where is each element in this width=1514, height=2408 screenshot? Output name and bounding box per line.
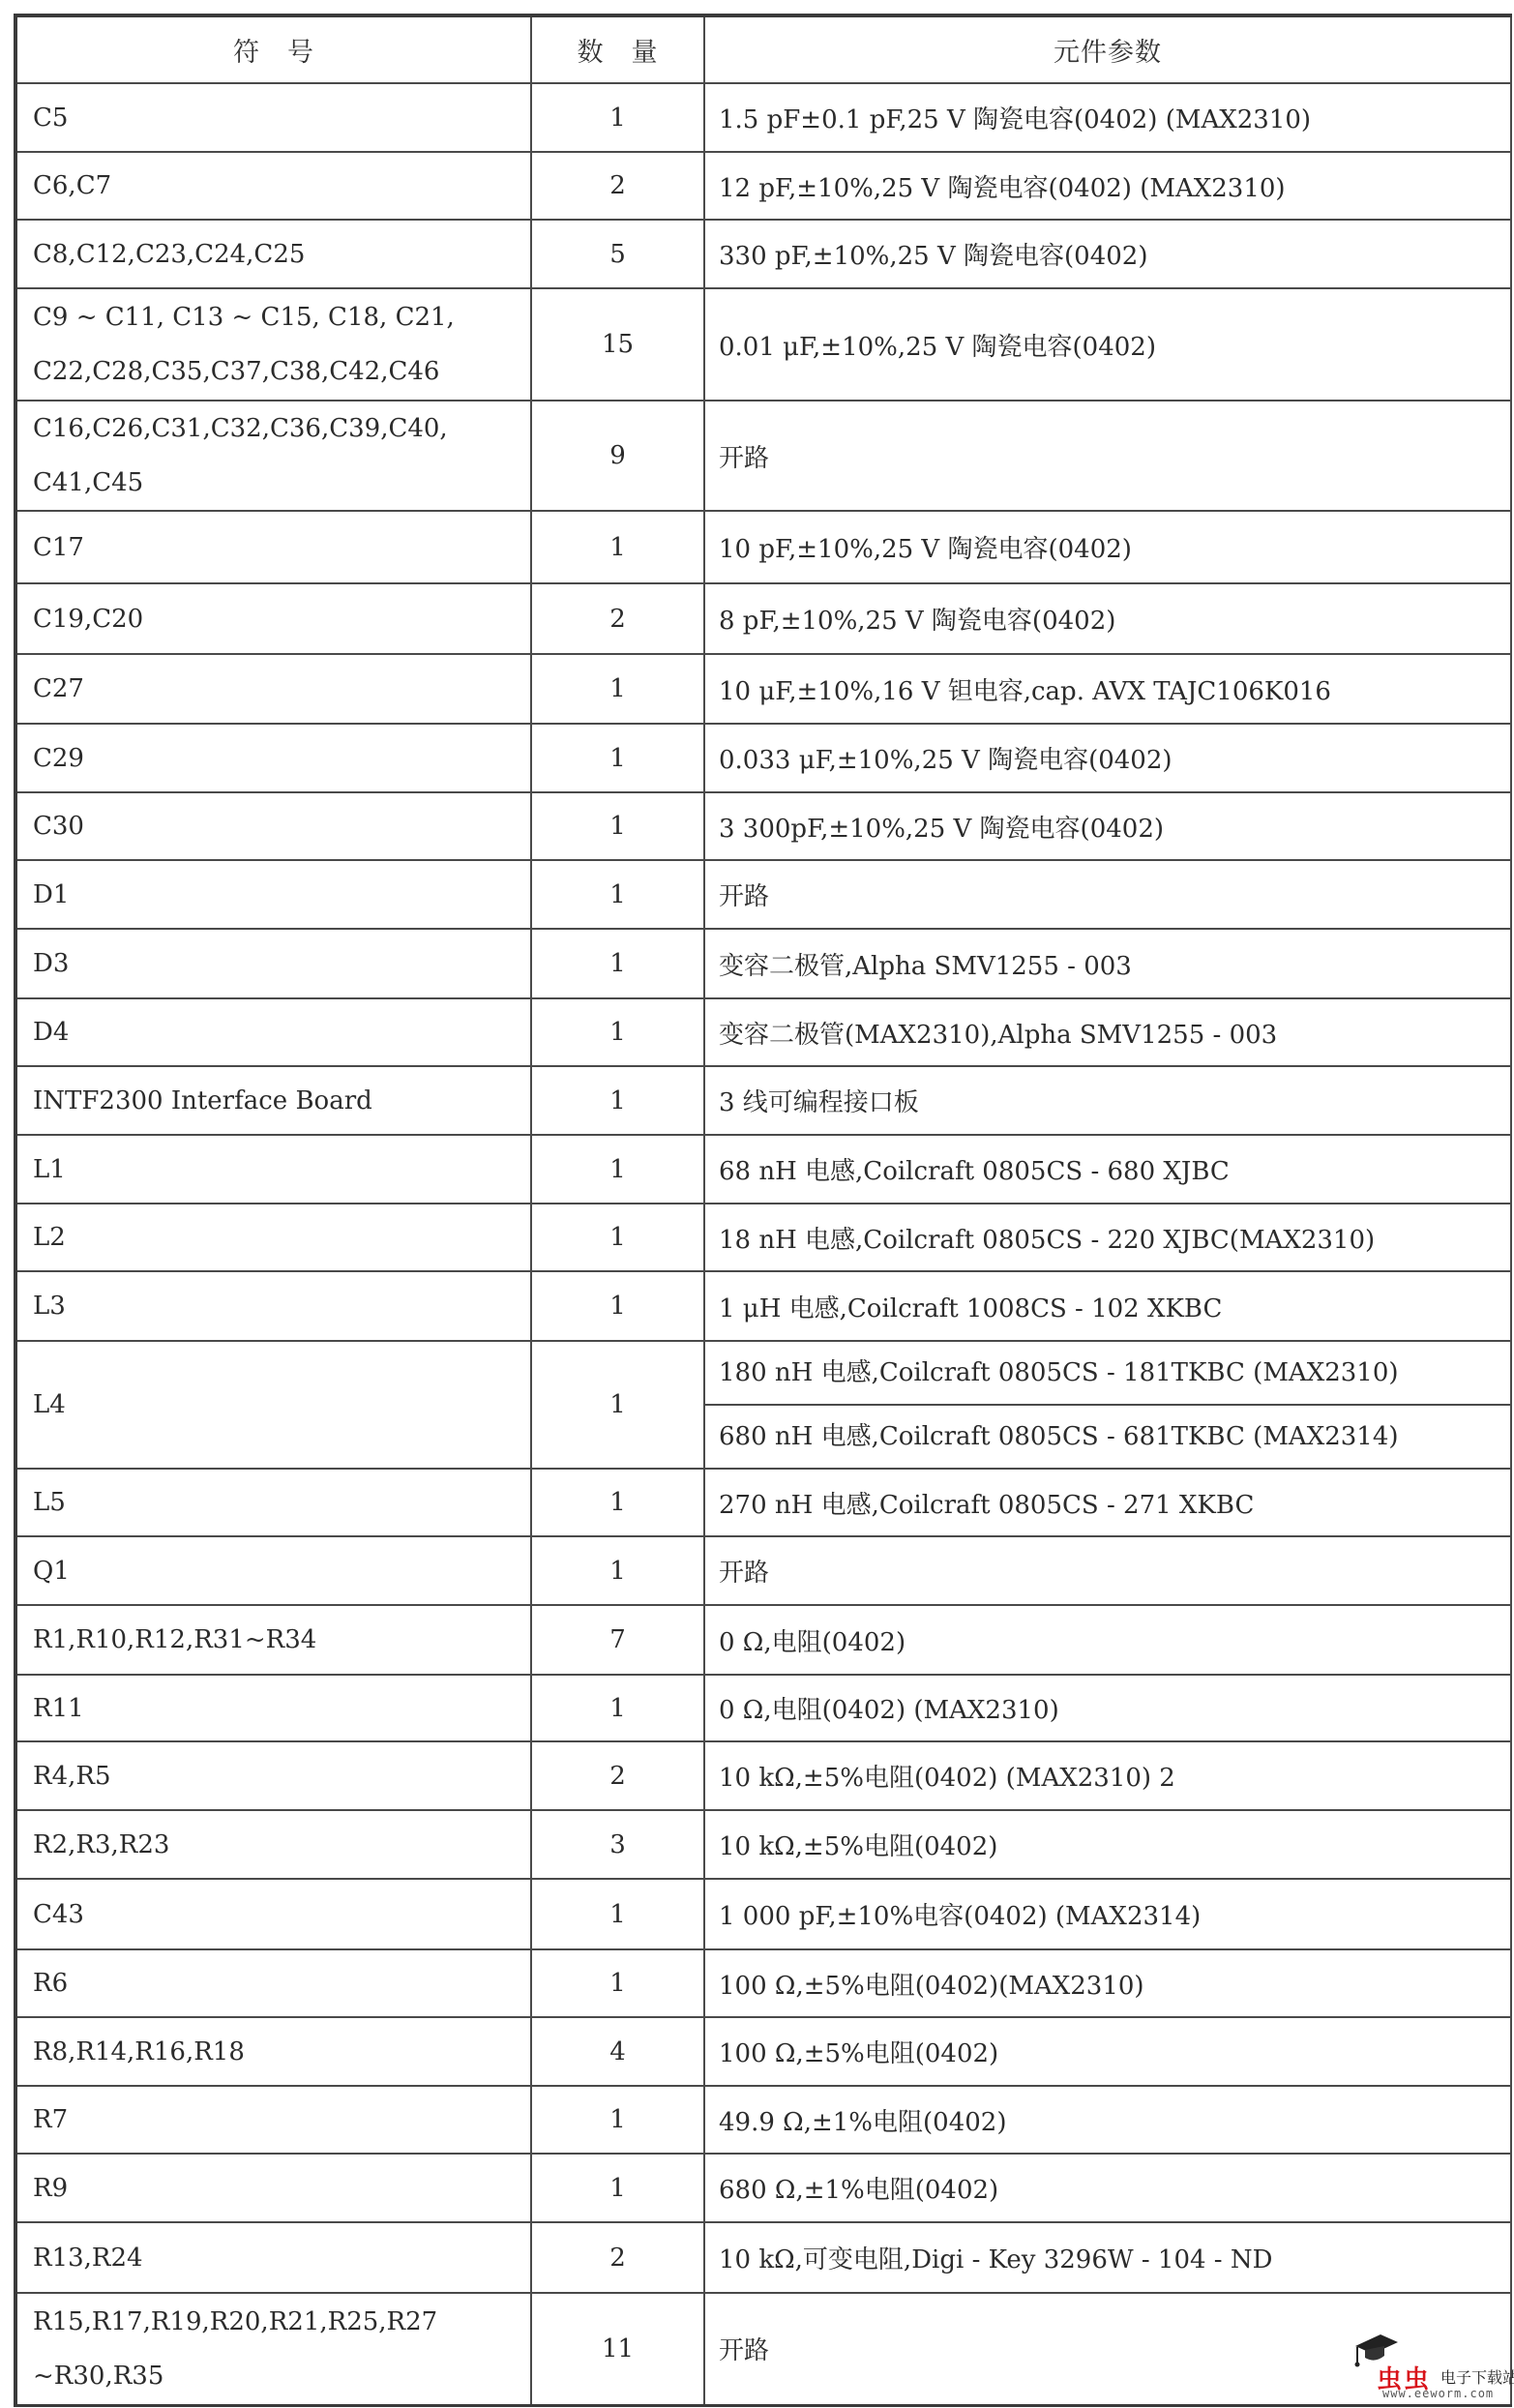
symbol-line: D1 — [33, 868, 530, 922]
cell-quantity: 1 — [531, 1204, 704, 1271]
cell-symbol: R2,R3,R23 — [15, 1810, 531, 1879]
cell-quantity: 1 — [531, 724, 704, 792]
cell-parameters: 开路 — [704, 860, 1511, 929]
table-body: C511.5 pF±0.1 pF,25 V 陶瓷电容(0402) (MAX231… — [15, 83, 1511, 2405]
cell-symbol: C43 — [15, 1879, 531, 1949]
table-row: R7149.9 Ω,±1%电阻(0402) — [15, 2086, 1511, 2154]
symbol-line: D3 — [33, 936, 530, 991]
cell-parameters: 10 kΩ,±5%电阻(0402) (MAX2310) 2 — [704, 1741, 1511, 1810]
table-row: C2910.033 μF,±10%,25 V 陶瓷电容(0402) — [15, 724, 1511, 792]
cell-parameters: 10 pF,±10%,25 V 陶瓷电容(0402) — [704, 511, 1511, 583]
cell-parameters: 0 Ω,电阻(0402) (MAX2310) — [704, 1675, 1511, 1741]
cell-quantity: 1 — [531, 83, 704, 152]
watermark: 虫虫 电子下载站 www.eeworm.com — [1344, 2333, 1508, 2400]
symbol-line: L5 — [33, 1475, 530, 1530]
cell-quantity: 1 — [531, 2154, 704, 2222]
cell-symbol: D3 — [15, 929, 531, 998]
cell-parameters: 330 pF,±10%,25 V 陶瓷电容(0402) — [704, 220, 1511, 288]
table-row: R2,R3,R23310 kΩ,±5%电阻(0402) — [15, 1810, 1511, 1879]
symbol-line: C9 ~ C11, C13 ~ C15, C18, C21, — [33, 290, 530, 344]
cell-symbol: C5 — [15, 83, 531, 152]
symbol-line: ~R30,R35 — [33, 2349, 530, 2403]
symbol-line: C6,C7 — [33, 159, 530, 213]
symbol-line: C29 — [33, 731, 530, 786]
cell-symbol: L3 — [15, 1271, 531, 1341]
symbol-line: C8,C12,C23,C24,C25 — [33, 227, 530, 282]
cell-quantity: 2 — [531, 583, 704, 654]
cell-parameters: 0.01 μF,±10%,25 V 陶瓷电容(0402) — [704, 288, 1511, 401]
cell-quantity: 1 — [531, 860, 704, 929]
symbol-line: R13,R24 — [33, 2231, 530, 2285]
cell-quantity: 1 — [531, 1675, 704, 1741]
cell-symbol: R1,R10,R12,R31~R34 — [15, 1605, 531, 1675]
cell-quantity: 1 — [531, 1949, 704, 2017]
cell-symbol: C29 — [15, 724, 531, 792]
table-row: R91680 Ω,±1%电阻(0402) — [15, 2154, 1511, 2222]
cell-symbol: D4 — [15, 998, 531, 1066]
cell-parameters: 100 Ω,±5%电阻(0402)(MAX2310) — [704, 1949, 1511, 2017]
table-header-row: 符 号 数 量 元件参数 — [15, 15, 1511, 83]
parameter-variant: 180 nH 电感,Coilcraft 0805CS - 181TKBC (MA… — [705, 1342, 1510, 1404]
symbol-line: L1 — [33, 1143, 530, 1197]
cell-symbol: C16,C26,C31,C32,C36,C39,C40,C41,C45 — [15, 401, 531, 511]
cell-quantity: 15 — [531, 288, 704, 401]
symbol-line: C43 — [33, 1888, 530, 1942]
cell-symbol: R4,R5 — [15, 1741, 531, 1810]
symbol-line: C19,C20 — [33, 592, 530, 646]
symbol-line: Q1 — [33, 1544, 530, 1598]
watermark-site-name: 电子下载站 — [1440, 2365, 1514, 2388]
table-row: L311 μH 电感,Coilcraft 1008CS - 102 XKBC — [15, 1271, 1511, 1341]
table-row: C27110 μF,±10%,16 V 钽电容,cap. AVX TAJC106… — [15, 654, 1511, 724]
table-row: INTF2300 Interface Board13 线可编程接口板 — [15, 1066, 1511, 1135]
cell-quantity: 1 — [531, 1341, 704, 1469]
cell-parameters: 变容二极管(MAX2310),Alpha SMV1255 - 003 — [704, 998, 1511, 1066]
cell-symbol: L1 — [15, 1135, 531, 1204]
cell-quantity: 1 — [531, 1271, 704, 1341]
table-row: R13,R24210 kΩ,可变电阻,Digi - Key 3296W - 10… — [15, 2222, 1511, 2293]
header-parameters: 元件参数 — [704, 15, 1511, 83]
cell-parameters: 180 nH 电感,Coilcraft 0805CS - 181TKBC (MA… — [704, 1341, 1511, 1469]
symbol-line: C16,C26,C31,C32,C36,C39,C40, — [33, 401, 530, 456]
table-row: D11开路 — [15, 860, 1511, 929]
symbol-line: R15,R17,R19,R20,R21,R25,R27 — [33, 2295, 530, 2349]
symbol-line: R7 — [33, 2093, 530, 2147]
cell-symbol: D1 — [15, 860, 531, 929]
watermark-url: www.eeworm.com — [1382, 2387, 1494, 2400]
cell-symbol: R6 — [15, 1949, 531, 2017]
cell-quantity: 1 — [531, 1066, 704, 1135]
table-row: C16,C26,C31,C32,C36,C39,C40,C41,C459开路 — [15, 401, 1511, 511]
symbol-line: R9 — [33, 2161, 530, 2215]
symbol-line: R1,R10,R12,R31~R34 — [33, 1613, 530, 1667]
cell-parameters: 680 Ω,±1%电阻(0402) — [704, 2154, 1511, 2222]
symbol-line: L3 — [33, 1279, 530, 1333]
cell-parameters: 开路 — [704, 1536, 1511, 1605]
cell-quantity: 9 — [531, 401, 704, 511]
table-row: L2118 nH 电感,Coilcraft 0805CS - 220 XJBC(… — [15, 1204, 1511, 1271]
cell-parameters: 1.5 pF±0.1 pF,25 V 陶瓷电容(0402) (MAX2310) — [704, 83, 1511, 152]
table-row: C6,C7212 pF,±10%,25 V 陶瓷电容(0402) (MAX231… — [15, 152, 1511, 220]
symbol-line: INTF2300 Interface Board — [33, 1074, 530, 1128]
table-row: C511.5 pF±0.1 pF,25 V 陶瓷电容(0402) (MAX231… — [15, 83, 1511, 152]
cell-symbol: R9 — [15, 2154, 531, 2222]
symbol-line: C5 — [33, 91, 530, 145]
cell-parameters: 1 μH 电感,Coilcraft 1008CS - 102 XKBC — [704, 1271, 1511, 1341]
symbol-line: R4,R5 — [33, 1749, 530, 1803]
table-row: L41180 nH 电感,Coilcraft 0805CS - 181TKBC … — [15, 1341, 1511, 1469]
cell-quantity: 1 — [531, 511, 704, 583]
symbol-line: L4 — [33, 1378, 530, 1432]
cell-symbol: C27 — [15, 654, 531, 724]
cell-quantity: 11 — [531, 2293, 704, 2405]
symbol-line: L2 — [33, 1210, 530, 1264]
cell-symbol: L5 — [15, 1469, 531, 1536]
cell-quantity: 1 — [531, 1879, 704, 1949]
cell-parameters: 10 kΩ,±5%电阻(0402) — [704, 1810, 1511, 1879]
symbol-line: R2,R3,R23 — [33, 1818, 530, 1872]
table-row: L51270 nH 电感,Coilcraft 0805CS - 271 XKBC — [15, 1469, 1511, 1536]
cell-quantity: 1 — [531, 929, 704, 998]
bom-table: 符 号 数 量 元件参数 C511.5 pF±0.1 pF,25 V 陶瓷电容(… — [14, 14, 1512, 2407]
cell-quantity: 1 — [531, 1536, 704, 1605]
cell-quantity: 4 — [531, 2017, 704, 2086]
cell-parameters: 变容二极管,Alpha SMV1255 - 003 — [704, 929, 1511, 998]
cell-symbol: C9 ~ C11, C13 ~ C15, C18, C21,C22,C28,C3… — [15, 288, 531, 401]
cell-symbol: INTF2300 Interface Board — [15, 1066, 531, 1135]
cell-symbol: R13,R24 — [15, 2222, 531, 2293]
cell-symbol: C17 — [15, 511, 531, 583]
cell-parameters: 3 线可编程接口板 — [704, 1066, 1511, 1135]
cell-symbol: L2 — [15, 1204, 531, 1271]
table-row: C19,C2028 pF,±10%,25 V 陶瓷电容(0402) — [15, 583, 1511, 654]
cell-symbol: C19,C20 — [15, 583, 531, 654]
table-row: D41变容二极管(MAX2310),Alpha SMV1255 - 003 — [15, 998, 1511, 1066]
table-row: R1110 Ω,电阻(0402) (MAX2310) — [15, 1675, 1511, 1741]
cell-parameters: 68 nH 电感,Coilcraft 0805CS - 680 XJBC — [704, 1135, 1511, 1204]
cell-parameters: 3 300pF,±10%,25 V 陶瓷电容(0402) — [704, 792, 1511, 860]
table-row: C9 ~ C11, C13 ~ C15, C18, C21,C22,C28,C3… — [15, 288, 1511, 401]
header-symbol: 符 号 — [15, 15, 531, 83]
symbol-line: C22,C28,C35,C37,C38,C42,C46 — [33, 344, 530, 399]
cell-quantity: 1 — [531, 2086, 704, 2154]
symbol-line: D4 — [33, 1005, 530, 1059]
table-row: C3013 300pF,±10%,25 V 陶瓷电容(0402) — [15, 792, 1511, 860]
cell-symbol: R8,R14,R16,R18 — [15, 2017, 531, 2086]
cell-parameters: 270 nH 电感,Coilcraft 0805CS - 271 XKBC — [704, 1469, 1511, 1536]
cell-parameters: 0.033 μF,±10%,25 V 陶瓷电容(0402) — [704, 724, 1511, 792]
cell-parameters: 49.9 Ω,±1%电阻(0402) — [704, 2086, 1511, 2154]
cell-symbol: L4 — [15, 1341, 531, 1469]
symbol-line: R6 — [33, 1956, 530, 2010]
cell-quantity: 2 — [531, 1741, 704, 1810]
cell-symbol: C30 — [15, 792, 531, 860]
table-row: L1168 nH 电感,Coilcraft 0805CS - 680 XJBC — [15, 1135, 1511, 1204]
cell-parameters: 1 000 pF,±10%电容(0402) (MAX2314) — [704, 1879, 1511, 1949]
table-row: R61100 Ω,±5%电阻(0402)(MAX2310) — [15, 1949, 1511, 2017]
table-row: R1,R10,R12,R31~R3470 Ω,电阻(0402) — [15, 1605, 1511, 1675]
cell-quantity: 2 — [531, 152, 704, 220]
cell-symbol: C8,C12,C23,C24,C25 — [15, 220, 531, 288]
cell-symbol: Q1 — [15, 1536, 531, 1605]
cell-quantity: 2 — [531, 2222, 704, 2293]
symbol-line: R8,R14,R16,R18 — [33, 2025, 530, 2079]
table-row: C17110 pF,±10%,25 V 陶瓷电容(0402) — [15, 511, 1511, 583]
table-row: C4311 000 pF,±10%电容(0402) (MAX2314) — [15, 1879, 1511, 1949]
table-row: R15,R17,R19,R20,R21,R25,R27~R30,R3511开路 — [15, 2293, 1511, 2405]
parameter-variant: 680 nH 电感,Coilcraft 0805CS - 681TKBC (MA… — [705, 1404, 1510, 1468]
symbol-line: C41,C45 — [33, 456, 530, 510]
cell-quantity: 1 — [531, 1469, 704, 1536]
cell-parameters: 10 μF,±10%,16 V 钽电容,cap. AVX TAJC106K016 — [704, 654, 1511, 724]
cell-parameters: 12 pF,±10%,25 V 陶瓷电容(0402) (MAX2310) — [704, 152, 1511, 220]
cell-parameters: 开路 — [704, 401, 1511, 511]
cell-parameters: 10 kΩ,可变电阻,Digi - Key 3296W - 104 - ND — [704, 2222, 1511, 2293]
table-row: C8,C12,C23,C24,C255330 pF,±10%,25 V 陶瓷电容… — [15, 220, 1511, 288]
symbol-line: C30 — [33, 799, 530, 853]
table-row: Q11开路 — [15, 1536, 1511, 1605]
symbol-line: R11 — [33, 1681, 530, 1736]
cell-parameters: 18 nH 电感,Coilcraft 0805CS - 220 XJBC(MAX… — [704, 1204, 1511, 1271]
cell-parameters: 100 Ω,±5%电阻(0402) — [704, 2017, 1511, 2086]
symbol-line: C17 — [33, 520, 530, 575]
cell-quantity: 1 — [531, 654, 704, 724]
cell-quantity: 5 — [531, 220, 704, 288]
cell-symbol: R15,R17,R19,R20,R21,R25,R27~R30,R35 — [15, 2293, 531, 2405]
cell-quantity: 1 — [531, 792, 704, 860]
cell-parameters: 8 pF,±10%,25 V 陶瓷电容(0402) — [704, 583, 1511, 654]
cell-parameters: 0 Ω,电阻(0402) — [704, 1605, 1511, 1675]
header-quantity: 数 量 — [531, 15, 704, 83]
cell-symbol: C6,C7 — [15, 152, 531, 220]
cell-symbol: R11 — [15, 1675, 531, 1741]
cell-symbol: R7 — [15, 2086, 531, 2154]
symbol-line: C27 — [33, 662, 530, 716]
table-row: D31变容二极管,Alpha SMV1255 - 003 — [15, 929, 1511, 998]
cell-quantity: 1 — [531, 1135, 704, 1204]
table-row: R4,R5210 kΩ,±5%电阻(0402) (MAX2310) 2 — [15, 1741, 1511, 1810]
table-row: R8,R14,R16,R184100 Ω,±5%电阻(0402) — [15, 2017, 1511, 2086]
cell-quantity: 7 — [531, 1605, 704, 1675]
cell-quantity: 1 — [531, 998, 704, 1066]
cell-quantity: 3 — [531, 1810, 704, 1879]
